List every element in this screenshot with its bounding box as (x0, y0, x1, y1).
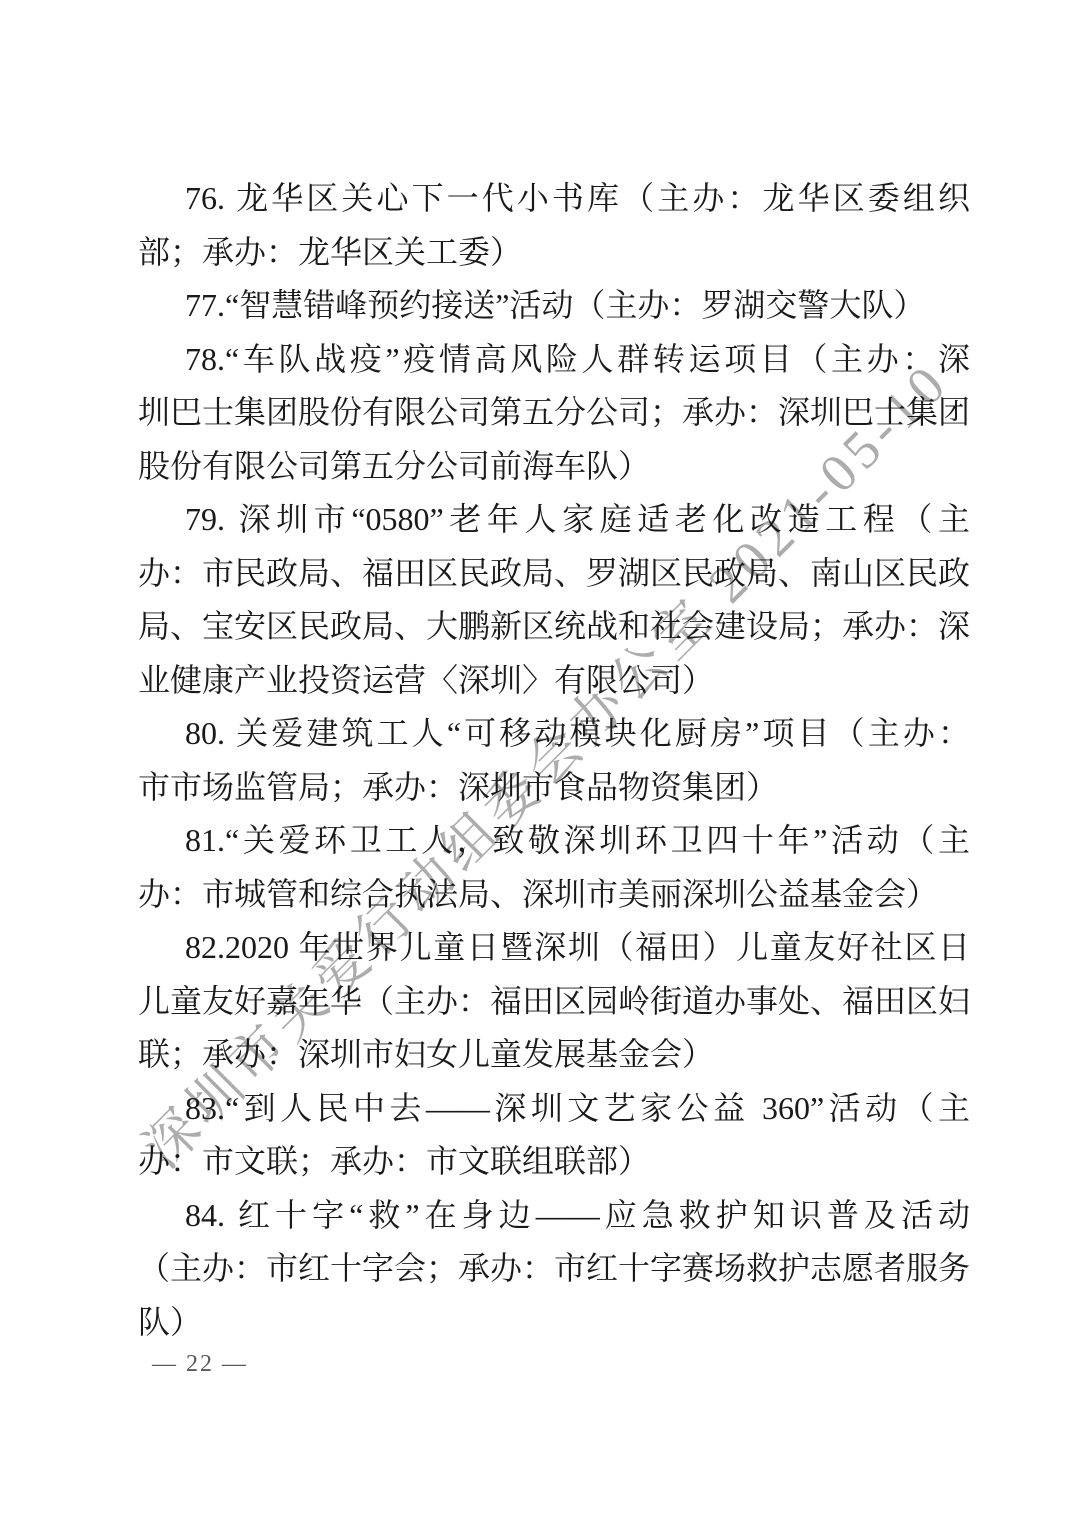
list-item: 82.2020 年世界儿童日暨深圳（福田）儿童友好社区日儿童友好嘉年华（主办：福… (138, 921, 970, 1082)
text-line: 部；承办：龙华区关工委） (138, 226, 970, 280)
list-item: 81.“关爱环卫工人，致敬深圳环卫四十年”活动（主办：市城管和综合执法局、深圳市… (138, 814, 970, 921)
page-number: — 22 — (152, 1351, 248, 1377)
text-line: 办：市文联；承办：市文联组联部） (138, 1135, 970, 1189)
text-line: 77.“智慧错峰预约接送”活动（主办：罗湖交警大队） (138, 279, 970, 333)
text-line: 办：市民政局、福田区民政局、罗湖区民政局、南山区民政 (138, 547, 970, 601)
list-item: 80. 关爱建筑工人“可移动模块化厨房”项目（主办：市市场监管局；承办：深圳市食… (138, 707, 970, 814)
text-line: 84. 红十字“救”在身边——应急救护知识普及活动 (138, 1189, 970, 1243)
document-body: 76. 龙华区关心下一代小书库（主办：龙华区委组织部；承办：龙华区关工委）77.… (138, 172, 970, 1349)
list-item: 83.“到人民中去——深圳文艺家公益 360”活动（主办：市文联；承办：市文联组… (138, 1082, 970, 1189)
list-item: 78.“车队战疫”疫情高风险人群转运项目（主办：深圳巴士集团股份有限公司第五分公… (138, 333, 970, 494)
text-line: 儿童友好嘉年华（主办：福田区园岭街道办事处、福田区妇 (138, 975, 970, 1029)
text-line: 78.“车队战疫”疫情高风险人群转运项目（主办：深 (138, 333, 970, 387)
text-line: 82.2020 年世界儿童日暨深圳（福田）儿童友好社区日 (138, 921, 970, 975)
text-line: 业健康产业投资运营〈深圳〉有限公司） (138, 654, 970, 708)
text-line: 圳巴士集团股份有限公司第五分公司；承办：深圳巴士集团 (138, 386, 970, 440)
document-page: 深圳市关爱行动组委会办公室 2021-05-10 76. 龙华区关心下一代小书库… (0, 0, 1080, 1527)
list-item: 79. 深圳市“0580”老年人家庭适老化改造工程（主办：市民政局、福田区民政局… (138, 493, 970, 707)
list-item: 76. 龙华区关心下一代小书库（主办：龙华区委组织部；承办：龙华区关工委） (138, 172, 970, 279)
text-line: 81.“关爱环卫工人，致敬深圳环卫四十年”活动（主 (138, 814, 970, 868)
page-footer: — 22 — (152, 1349, 248, 1379)
list-item: 77.“智慧错峰预约接送”活动（主办：罗湖交警大队） (138, 279, 970, 333)
text-line: 79. 深圳市“0580”老年人家庭适老化改造工程（主 (138, 493, 970, 547)
text-line: 联；承办：深圳市妇女儿童发展基金会） (138, 1028, 970, 1082)
text-line: 83.“到人民中去——深圳文艺家公益 360”活动（主 (138, 1082, 970, 1136)
text-line: （主办：市红十字会；承办：市红十字赛场救护志愿者服务 (138, 1242, 970, 1296)
text-line: 局、宝安区民政局、大鹏新区统战和社会建设局；承办：深 (138, 600, 970, 654)
text-line: 市市场监管局；承办：深圳市食品物资集团） (138, 761, 970, 815)
list-item: 84. 红十字“救”在身边——应急救护知识普及活动（主办：市红十字会；承办：市红… (138, 1189, 970, 1350)
text-line: 办：市城管和综合执法局、深圳市美丽深圳公益基金会） (138, 868, 970, 922)
text-line: 股份有限公司第五分公司前海车队） (138, 440, 970, 494)
text-line: 76. 龙华区关心下一代小书库（主办：龙华区委组织 (138, 172, 970, 226)
text-line: 80. 关爱建筑工人“可移动模块化厨房”项目（主办： (138, 707, 970, 761)
text-line: 队） (138, 1296, 970, 1350)
